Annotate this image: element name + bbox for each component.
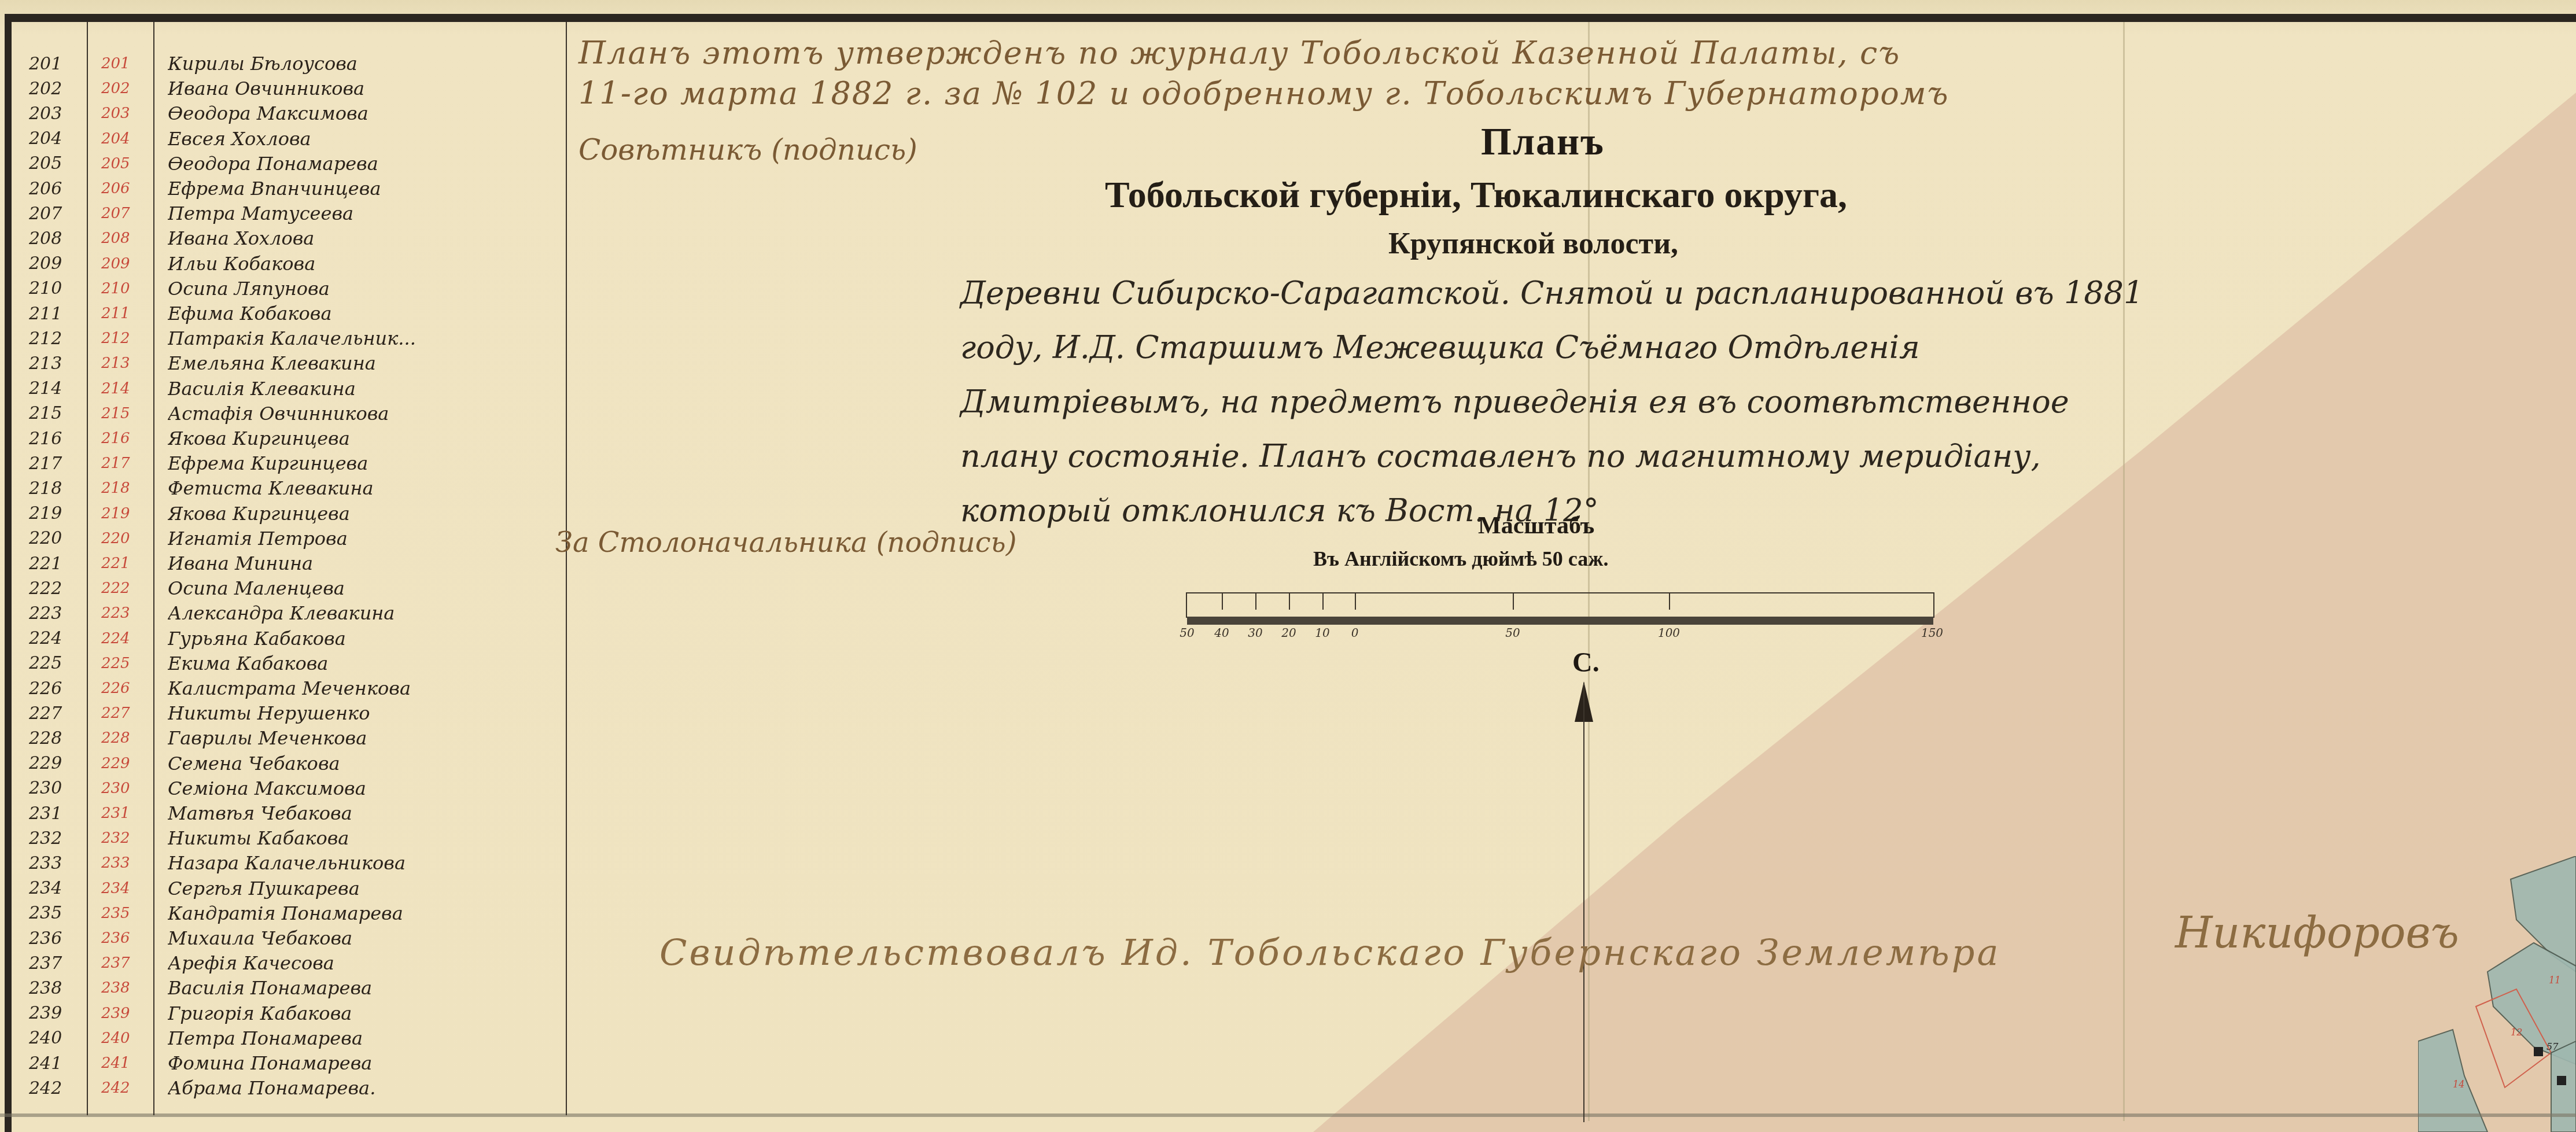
owner-name: Кирилы Бѣлоусова	[168, 53, 567, 75]
approval-note-line-1: Планъ этотъ утвержденъ по журналу Тоболь…	[578, 35, 1900, 71]
plan-subtitle-volost: Крупянской волости,	[1388, 227, 1678, 261]
scale-tick	[1255, 592, 1256, 610]
owner-name: Ивана Овчинникова	[168, 78, 567, 99]
parcel-number-red: 204	[101, 130, 142, 148]
register-row: 221221Ивана Минина	[12, 552, 567, 575]
owner-name: Астафія Овчинникова	[168, 403, 567, 425]
parcel-number-red: 231	[101, 805, 142, 822]
parcel-number-red: 222	[101, 580, 142, 597]
register-row: 210210Осипа Ляпунова	[12, 277, 567, 300]
parcel-number-red: 211	[101, 305, 142, 322]
scale-tick-label: 100	[1658, 626, 1680, 640]
register-row: 216216Якова Киргинцева	[12, 427, 567, 450]
parcel-label-12: 12	[2511, 1027, 2522, 1038]
owner-name: Ѳеодора Понамарева	[168, 153, 567, 175]
household-number: 220	[29, 528, 69, 548]
owner-name: Осипа Маленцева	[168, 577, 567, 599]
parcel-number-red: 213	[101, 355, 142, 372]
register-row: 212212Патракія Калачельник...	[12, 327, 567, 350]
parcel-number-red: 206	[101, 180, 142, 197]
parcel-number-red: 224	[101, 630, 142, 647]
scale-tick-label: 150	[1921, 626, 1943, 640]
parcel-number-red: 234	[101, 880, 142, 897]
plan-subtitle-province: Тобольской губерніи, Тюкалинскаго округа…	[1105, 174, 1847, 216]
parcel-number-red: 236	[101, 930, 142, 947]
parcel-number-red: 223	[101, 604, 142, 622]
register-row: 236236Михаила Чебакова	[12, 927, 567, 950]
register-row: 214214Василія Клевакина	[12, 377, 567, 400]
scale-subtitle: Въ Англійскомъ дюймѣ 50 саж.	[1313, 547, 1608, 571]
scale-tick-label: 0	[1351, 626, 1359, 640]
household-number: 203	[29, 104, 69, 124]
scale-tick-label: 10	[1315, 626, 1329, 640]
household-number: 223	[29, 603, 69, 624]
scale-tick-label: 50	[1180, 626, 1194, 640]
map-border-left	[5, 14, 12, 1132]
household-number: 204	[29, 128, 69, 149]
register-row: 225225Екима Кабакова	[12, 652, 567, 675]
parcel-number-red: 235	[101, 905, 142, 922]
register-row: 204204Евсея Хохлова	[12, 127, 567, 150]
owner-name: Семіона Максимова	[168, 777, 567, 799]
parcel-number-red: 217	[101, 455, 142, 472]
household-number: 240	[29, 1028, 69, 1048]
parcel-number-red: 230	[101, 780, 142, 797]
household-number: 221	[29, 554, 69, 574]
witness-note: Свидѣтельствовалъ Ид. Тобольскаго Губерн…	[659, 931, 2000, 974]
map-border-top	[6, 14, 2576, 22]
scale-tick	[1322, 592, 1324, 610]
scale-tick	[1289, 592, 1290, 610]
register-row: 223223Александра Клевакина	[12, 602, 567, 625]
household-number: 209	[29, 253, 69, 274]
household-number: 218	[29, 478, 69, 499]
scale-tick	[1222, 592, 1223, 610]
owner-name: Арефія Качесова	[168, 952, 567, 974]
register-row: 201201Кирилы Бѣлоусова	[12, 52, 567, 75]
register-row: 231231Матвѣя Чебакова	[12, 802, 567, 825]
household-number: 211	[29, 304, 69, 324]
owner-name: Ефрема Киргинцева	[168, 452, 567, 474]
parcel-number-red: 241	[101, 1054, 142, 1072]
owner-name: Емельяна Клевакина	[168, 352, 567, 374]
register-row: 230230Семіона Максимова	[12, 777, 567, 800]
owner-name: Ефима Кобакова	[168, 303, 567, 325]
household-number: 242	[29, 1078, 69, 1098]
register-row: 218218Фетиста Клевакина	[12, 477, 567, 500]
owner-name: Осипа Ляпунова	[168, 278, 567, 300]
household-number: 225	[29, 653, 69, 673]
register-row: 213213Емельяна Клевакина	[12, 352, 567, 375]
register-row: 206206Ефрема Впанчинцева	[12, 177, 567, 200]
register-row: 209209Ильи Кобакова	[12, 252, 567, 275]
parcel-number-red: 210	[101, 280, 142, 297]
household-number: 222	[29, 578, 69, 599]
household-number: 206	[29, 179, 69, 199]
scale-tick-label: 20	[1281, 626, 1296, 640]
register-row: 226226Калистрата Меченкова	[12, 677, 567, 700]
village-parcels: 11 12 14 57	[2418, 856, 2576, 1132]
register-row: 224224Гурьяна Кабакова	[12, 627, 567, 650]
scale-tick	[1669, 592, 1670, 610]
register-row: 235235Кандратія Понамарева	[12, 902, 567, 925]
household-number: 217	[29, 453, 69, 474]
household-number: 208	[29, 228, 69, 249]
household-number: 210	[29, 278, 69, 298]
owner-name: Никиты Кабакова	[168, 827, 567, 849]
owner-name: Екима Кабакова	[168, 652, 567, 674]
owner-name: Петра Матусеева	[168, 202, 567, 224]
meridian-line	[1583, 683, 1584, 1122]
household-number: 219	[29, 503, 69, 523]
household-number: 239	[29, 1003, 69, 1023]
parcel-number-red: 219	[101, 505, 142, 522]
owner-name: Фомина Понамарева	[168, 1052, 567, 1074]
register-row: 219219Якова Киргинцева	[12, 502, 567, 525]
parcel-number-red: 229	[101, 755, 142, 772]
owner-name: Кандратія Понамарева	[168, 902, 567, 924]
scale-tick-label: 30	[1248, 626, 1262, 640]
register-row: 211211Ефима Кобакова	[12, 302, 567, 325]
parcel-number-red: 239	[101, 1005, 142, 1022]
owner-name: Григорія Кабакова	[168, 1002, 567, 1024]
owner-name: Ивана Хохлова	[168, 227, 567, 249]
parcel-number-red: 240	[101, 1030, 142, 1047]
register-row: 232232Никиты Кабакова	[12, 827, 567, 850]
surveyor-signature: Никифоровъ	[2175, 908, 2459, 958]
household-number: 214	[29, 378, 69, 399]
owner-name: Михаила Чебакова	[168, 927, 567, 949]
register-row: 229229Семена Чебакова	[12, 752, 567, 775]
parcel-number-red: 226	[101, 680, 142, 697]
parcel-number-red: 207	[101, 205, 142, 222]
parcel-label-11: 11	[2549, 975, 2560, 986]
register-row: 238238Василія Понамарева	[12, 976, 567, 1000]
register-row: 233233Назара Калачельникова	[12, 851, 567, 875]
parcel-number-red: 232	[101, 829, 142, 847]
owner-name: Петра Понамарева	[168, 1027, 567, 1049]
parcel-number-red: 208	[101, 230, 142, 247]
clerk-signature: За Столоначальника (подпись)	[555, 526, 1016, 559]
owner-name: Ивана Минина	[168, 552, 567, 574]
scale-tick	[1355, 592, 1356, 610]
parcel-label-57: 57	[2546, 1041, 2559, 1052]
owner-name: Фетиста Клевакина	[168, 477, 567, 499]
paper-fold-line	[2123, 22, 2125, 1121]
owner-name: Семена Чебакова	[168, 753, 567, 775]
owner-name: Патракія Калачельник...	[168, 327, 567, 349]
scale-bar-base	[1187, 617, 1933, 625]
plan-description: Деревни Сибирско-Сарагатской. Снятой и р…	[960, 266, 2164, 538]
plan-title: Планъ	[1481, 119, 1605, 164]
register-row: 207207Петра Матусеева	[12, 202, 567, 225]
household-number: 235	[29, 903, 69, 923]
approval-note-line-2: 11-го марта 1882 г. за № 102 и одобренно…	[578, 75, 1949, 112]
owner-name: Сергѣя Пушкарева	[168, 877, 567, 899]
household-number: 232	[29, 828, 69, 849]
parcel-number-red: 227	[101, 705, 142, 722]
parcel-number-red: 203	[101, 105, 142, 122]
register-row: 217217Ефрема Киргинцева	[12, 452, 567, 475]
parcel-number-red: 237	[101, 954, 142, 972]
household-number: 228	[29, 728, 69, 748]
household-number: 236	[29, 928, 69, 949]
household-number: 230	[29, 778, 69, 798]
register-row: 202202Ивана Овчинникова	[12, 77, 567, 100]
parcel-number-red: 242	[101, 1079, 142, 1097]
household-number: 212	[29, 329, 69, 349]
parcel-number-red: 225	[101, 655, 142, 672]
owner-name: Ильи Кобакова	[168, 253, 567, 275]
parcel-number-red: 205	[101, 155, 142, 172]
owner-name: Александра Клевакина	[168, 602, 567, 624]
owner-name: Гурьяна Кабакова	[168, 628, 567, 650]
owner-name: Игнатія Петрова	[168, 528, 567, 550]
register-row: 234234Сергѣя Пушкарева	[12, 877, 567, 900]
parcel-number-red: 202	[101, 80, 142, 97]
owner-name: Якова Киргинцева	[168, 427, 567, 449]
household-number: 216	[29, 429, 69, 449]
household-number: 226	[29, 679, 69, 699]
owner-name: Абрама Понамарева.	[168, 1077, 567, 1099]
register-row: 220220Игнатія Петрова	[12, 527, 567, 550]
counsellor-signature: Совѣтникъ (подпись)	[578, 133, 917, 167]
register-row: 241241Фомина Понамарева	[12, 1052, 567, 1075]
parcel-label-14: 14	[2453, 1079, 2464, 1090]
parcel-number-red: 216	[101, 430, 142, 447]
scale-tick	[1513, 592, 1514, 610]
register-row: 215215Астафія Овчинникова	[12, 402, 567, 425]
parcel-number-red: 214	[101, 380, 142, 397]
household-number: 207	[29, 204, 69, 224]
parcel-number-red: 209	[101, 255, 142, 272]
parcel-number-red: 238	[101, 979, 142, 997]
parcel-number-red: 220	[101, 530, 142, 547]
owner-name: Никиты Нерушенко	[168, 702, 567, 724]
register-row: 228228Гаврилы Меченкова	[12, 727, 567, 750]
register-row: 205205Ѳеодора Понамарева	[12, 152, 567, 175]
parcel-number-red: 215	[101, 405, 142, 422]
register-row: 203203Ѳеодора Максимова	[12, 102, 567, 125]
household-number: 202	[29, 79, 69, 99]
register-row: 227227Никиты Нерушенко	[12, 702, 567, 725]
parcel-number-red: 228	[101, 729, 142, 747]
scale-bar	[1186, 592, 1934, 618]
owner-name: Назара Калачельникова	[168, 852, 567, 874]
register-row: 208208Ивана Хохлова	[12, 227, 567, 250]
household-number: 231	[29, 803, 69, 824]
owner-name: Ефрема Впанчинцева	[168, 178, 567, 200]
owner-name: Василія Понамарева	[168, 977, 567, 999]
owner-name: Василія Клевакина	[168, 378, 567, 400]
household-number: 213	[29, 353, 69, 374]
scale-tick-label: 50	[1505, 626, 1520, 640]
household-number: 227	[29, 703, 69, 724]
household-number: 224	[29, 628, 69, 648]
parcel-number-red: 212	[101, 330, 142, 347]
owner-name: Калистрата Меченкова	[168, 677, 567, 699]
parcel-number-red: 218	[101, 480, 142, 497]
paper-bottom-edge	[0, 1113, 2576, 1117]
scale-tick-label: 40	[1214, 626, 1229, 640]
household-number: 233	[29, 853, 69, 873]
parcel-number-red: 233	[101, 854, 142, 872]
household-number: 215	[29, 403, 69, 423]
scale-title: Масштабъ	[1478, 512, 1594, 540]
household-number: 234	[29, 878, 69, 898]
household-number: 229	[29, 753, 69, 773]
household-number: 201	[29, 54, 69, 74]
owner-name: Ѳеодора Максимова	[168, 102, 567, 124]
household-number: 238	[29, 978, 69, 998]
household-number: 237	[29, 953, 69, 974]
owner-name: Гаврилы Меченкова	[168, 727, 567, 749]
register-row: 237237Арефія Качесова	[12, 952, 567, 975]
register-row: 240240Петра Понамарева	[12, 1027, 567, 1050]
household-number: 205	[29, 153, 69, 174]
household-number: 241	[29, 1053, 69, 1074]
owner-name: Матвѣя Чебакова	[168, 802, 567, 824]
parcel-number-red: 221	[101, 555, 142, 572]
register-row: 242242Абрама Понамарева.	[12, 1076, 567, 1100]
register-row: 239239Григорія Кабакова	[12, 1002, 567, 1025]
register-row: 222222Осипа Маленцева	[12, 577, 567, 600]
owner-name: Евсея Хохлова	[168, 128, 567, 150]
north-label: С.	[1572, 647, 1600, 679]
owner-name: Якова Киргинцева	[168, 503, 567, 525]
parcel-number-red: 201	[101, 55, 142, 72]
